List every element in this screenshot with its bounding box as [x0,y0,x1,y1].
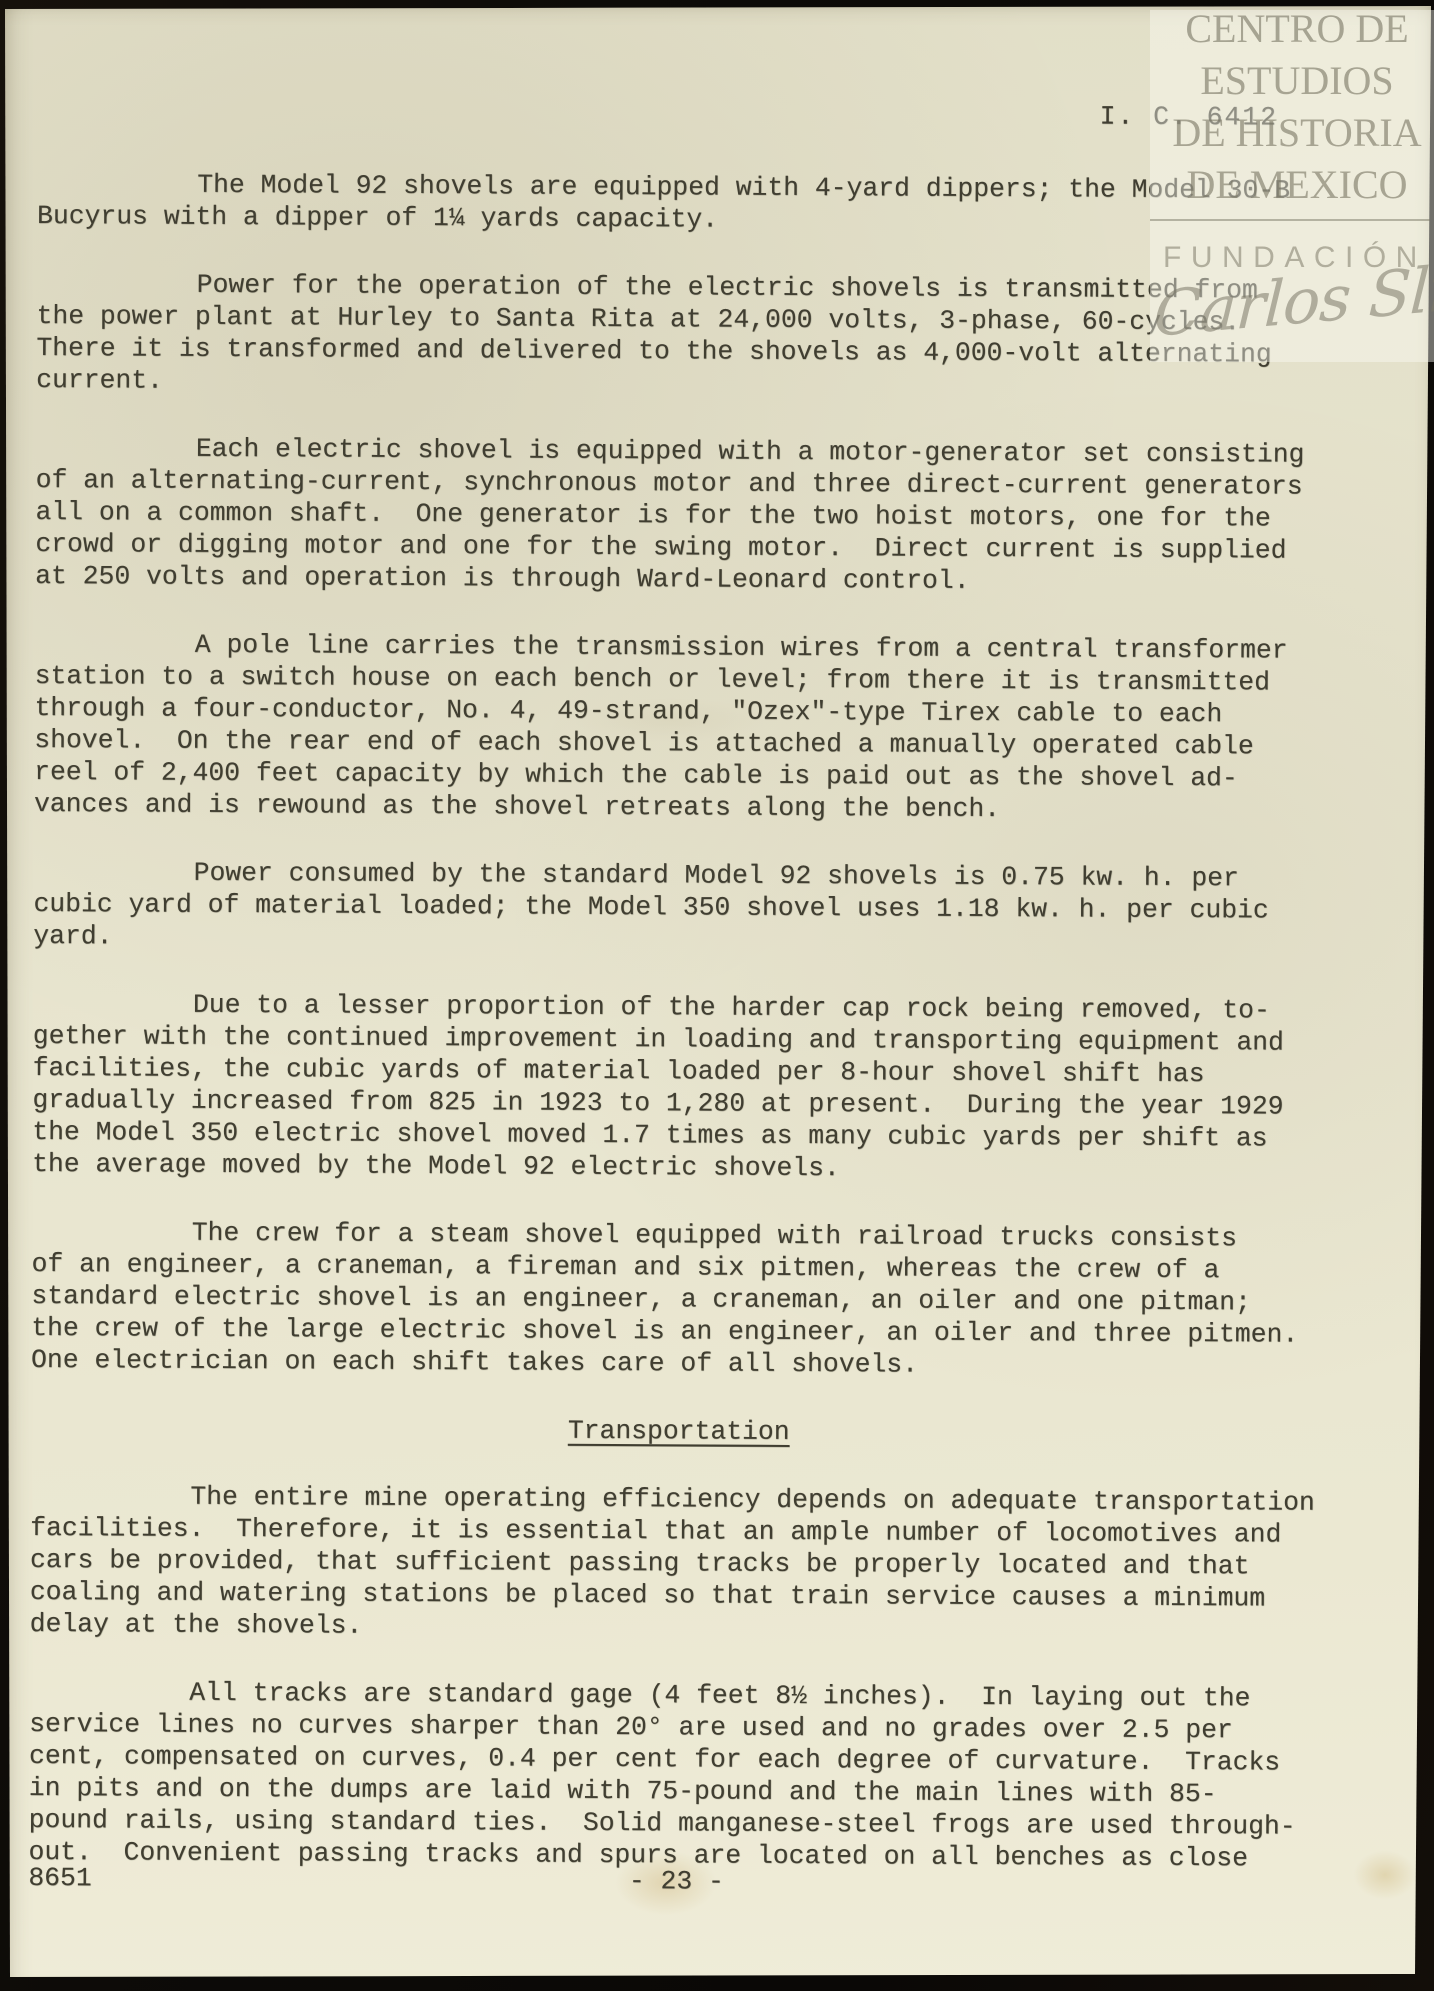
paragraph-pole-line: A pole line carries the transmission wir… [34,628,1331,827]
paragraph-cap-rock: Due to a lesser proportion of the harder… [32,988,1329,1187]
page-number: - 23 - [28,1862,1324,1901]
section-heading-text: Transportation [568,1416,790,1447]
scanned-document: I. C. 6412 The Model 92 shovels are equi… [0,0,1434,1991]
paragraph-dippers: The Model 92 shovels are equipped with 4… [37,168,1333,239]
document-reference-number: I. C. 6412 [1100,101,1279,134]
paragraph-power-transmission: Power for the operation of the electric … [36,268,1333,403]
section-heading: Transportation [31,1412,1327,1451]
paragraph-motor-generator: Each electric shovel is equipped with a … [35,432,1332,599]
paragraph-crew: The crew for a steam shovel equipped wit… [31,1216,1328,1383]
paragraph-transportation-intro: The entire mine operating efficiency dep… [30,1480,1327,1647]
paragraph-power-consumed: Power consumed by the standard Model 92 … [33,856,1329,959]
paragraph-tracks: All tracks are standard gage (4 feet 8½ … [28,1676,1325,1875]
document-body: The Model 92 shovels are equipped with 4… [28,168,1333,1911]
typewritten-layer: I. C. 6412 The Model 92 shovels are equi… [0,0,1434,1991]
paper-sheet: I. C. 6412 The Model 92 shovels are equi… [0,0,1434,1991]
